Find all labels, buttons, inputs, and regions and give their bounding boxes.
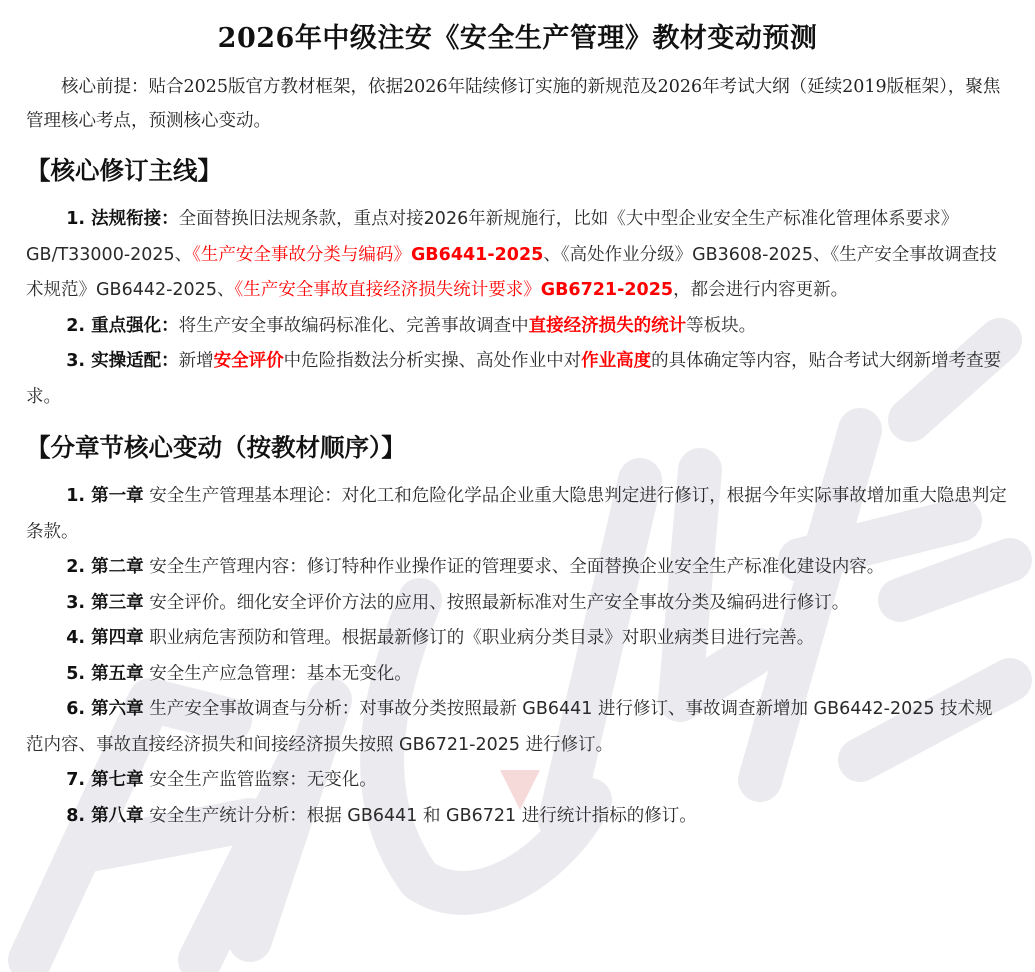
main-line-item-1: 1. 法规衔接：全面替换旧法规条款，重点对接2026年新规施行，比如《大中型企业… [26, 202, 1009, 309]
chapter-label: 2. 第二章 [66, 557, 143, 577]
chapter-text: 生产安全事故调查与分析：对事故分类按照最新 GB6441 进行修订、事故调查新增… [26, 699, 993, 755]
chapter-text: 安全生产监管监察：无变化。 [144, 770, 377, 790]
chapter-item-2: 2. 第二章 安全生产管理内容：修订特种作业操作证的管理要求、全面替换企业安全生… [26, 550, 1009, 586]
chapter-item-6: 6. 第六章 生产安全事故调查与分析：对事故分类按照最新 GB6441 进行修订… [26, 692, 1009, 763]
chapter-text: 安全生产管理内容：修订特种作业操作证的管理要求、全面替换企业安全生产标准化建设内… [144, 557, 885, 577]
item-lead: 2. 重点强化： [66, 316, 178, 336]
item-text: ，都会进行内容更新。 [673, 280, 848, 300]
intro-paragraph: 核心前提：贴合2025版官方教材框架，依据2026年陆续修订实施的新规范及202… [26, 70, 1009, 138]
main-line-item-3: 3. 实操适配：新增安全评价中危险指数法分析实操、高处作业中对作业高度的具体确定… [26, 344, 1009, 415]
highlight-text: 《生产安全事故直接经济损失统计要求》 [234, 280, 540, 300]
item-lead: 1. 法规衔接： [66, 209, 178, 229]
item-text: 新增 [179, 351, 214, 371]
item-text: 等板块。 [686, 316, 756, 336]
main-line-item-2: 2. 重点强化：将生产安全事故编码标准化、完善事故调查中直接经济损失的统计等板块… [26, 309, 1009, 345]
chapter-label: 5. 第五章 [66, 664, 143, 684]
main-line-list: 1. 法规衔接：全面替换旧法规条款，重点对接2026年新规施行，比如《大中型企业… [26, 202, 1009, 415]
highlight-text: 作业高度 [581, 351, 651, 371]
highlight-code: GB6441-2025 [411, 245, 543, 265]
chapter-text: 职业病危害预防和管理。根据最新修订的《职业病分类目录》对职业病类目进行完善。 [144, 628, 815, 648]
chapter-item-4: 4. 第四章 职业病危害预防和管理。根据最新修订的《职业病分类目录》对职业病类目… [26, 621, 1009, 657]
highlight-code: GB6721-2025 [541, 280, 673, 300]
chapter-item-7: 7. 第七章 安全生产监管监察：无变化。 [26, 763, 1009, 799]
item-text: 中危险指数法分析实操、高处作业中对 [284, 351, 582, 371]
item-lead: 3. 实操适配： [66, 351, 178, 371]
chapter-label: 8. 第八章 [66, 806, 143, 826]
section-heading-chapters: 【分章节核心变动（按教材顺序）】 [26, 425, 1009, 471]
chapter-list: 1. 第一章 安全生产管理基本理论：对化工和危险化学品企业重大隐患判定进行修订，… [26, 479, 1009, 834]
chapter-text: 安全生产应急管理：基本无变化。 [144, 664, 412, 684]
chapter-label: 7. 第七章 [66, 770, 143, 790]
chapter-text: 安全生产管理基本理论：对化工和危险化学品企业重大隐患判定进行修订，根据今年实际事… [26, 486, 1007, 542]
chapter-text: 安全生产统计分析：根据 GB6441 和 GB6721 进行统计指标的修订。 [144, 806, 697, 826]
highlight-text: 直接经济损失的统计 [529, 316, 687, 336]
document-page: 2026年中级注安《安全生产管理》教材变动预测 核心前提：贴合2025版官方教材… [0, 0, 1035, 834]
document-title: 2026年中级注安《安全生产管理》教材变动预测 [26, 0, 1009, 60]
item-text: 将生产安全事故编码标准化、完善事故调查中 [179, 316, 529, 336]
chapter-label: 3. 第三章 [66, 593, 143, 613]
chapter-label: 4. 第四章 [66, 628, 143, 648]
chapter-label: 1. 第一章 [66, 486, 143, 506]
chapter-text: 安全评价。细化安全评价方法的应用、按照最新标准对生产安全事故分类及编码进行修订。 [144, 593, 850, 613]
chapter-item-1: 1. 第一章 安全生产管理基本理论：对化工和危险化学品企业重大隐患判定进行修订，… [26, 479, 1009, 550]
chapter-item-8: 8. 第八章 安全生产统计分析：根据 GB6441 和 GB6721 进行统计指… [26, 799, 1009, 835]
chapter-item-3: 3. 第三章 安全评价。细化安全评价方法的应用、按照最新标准对生产安全事故分类及… [26, 586, 1009, 622]
chapter-label: 6. 第六章 [66, 699, 143, 719]
chapter-item-5: 5. 第五章 安全生产应急管理：基本无变化。 [26, 657, 1009, 693]
highlight-text: 安全评价 [214, 351, 284, 371]
section-heading-main-line: 【核心修订主线】 [26, 148, 1009, 194]
highlight-text: 《生产安全事故分类与编码》 [192, 245, 411, 265]
